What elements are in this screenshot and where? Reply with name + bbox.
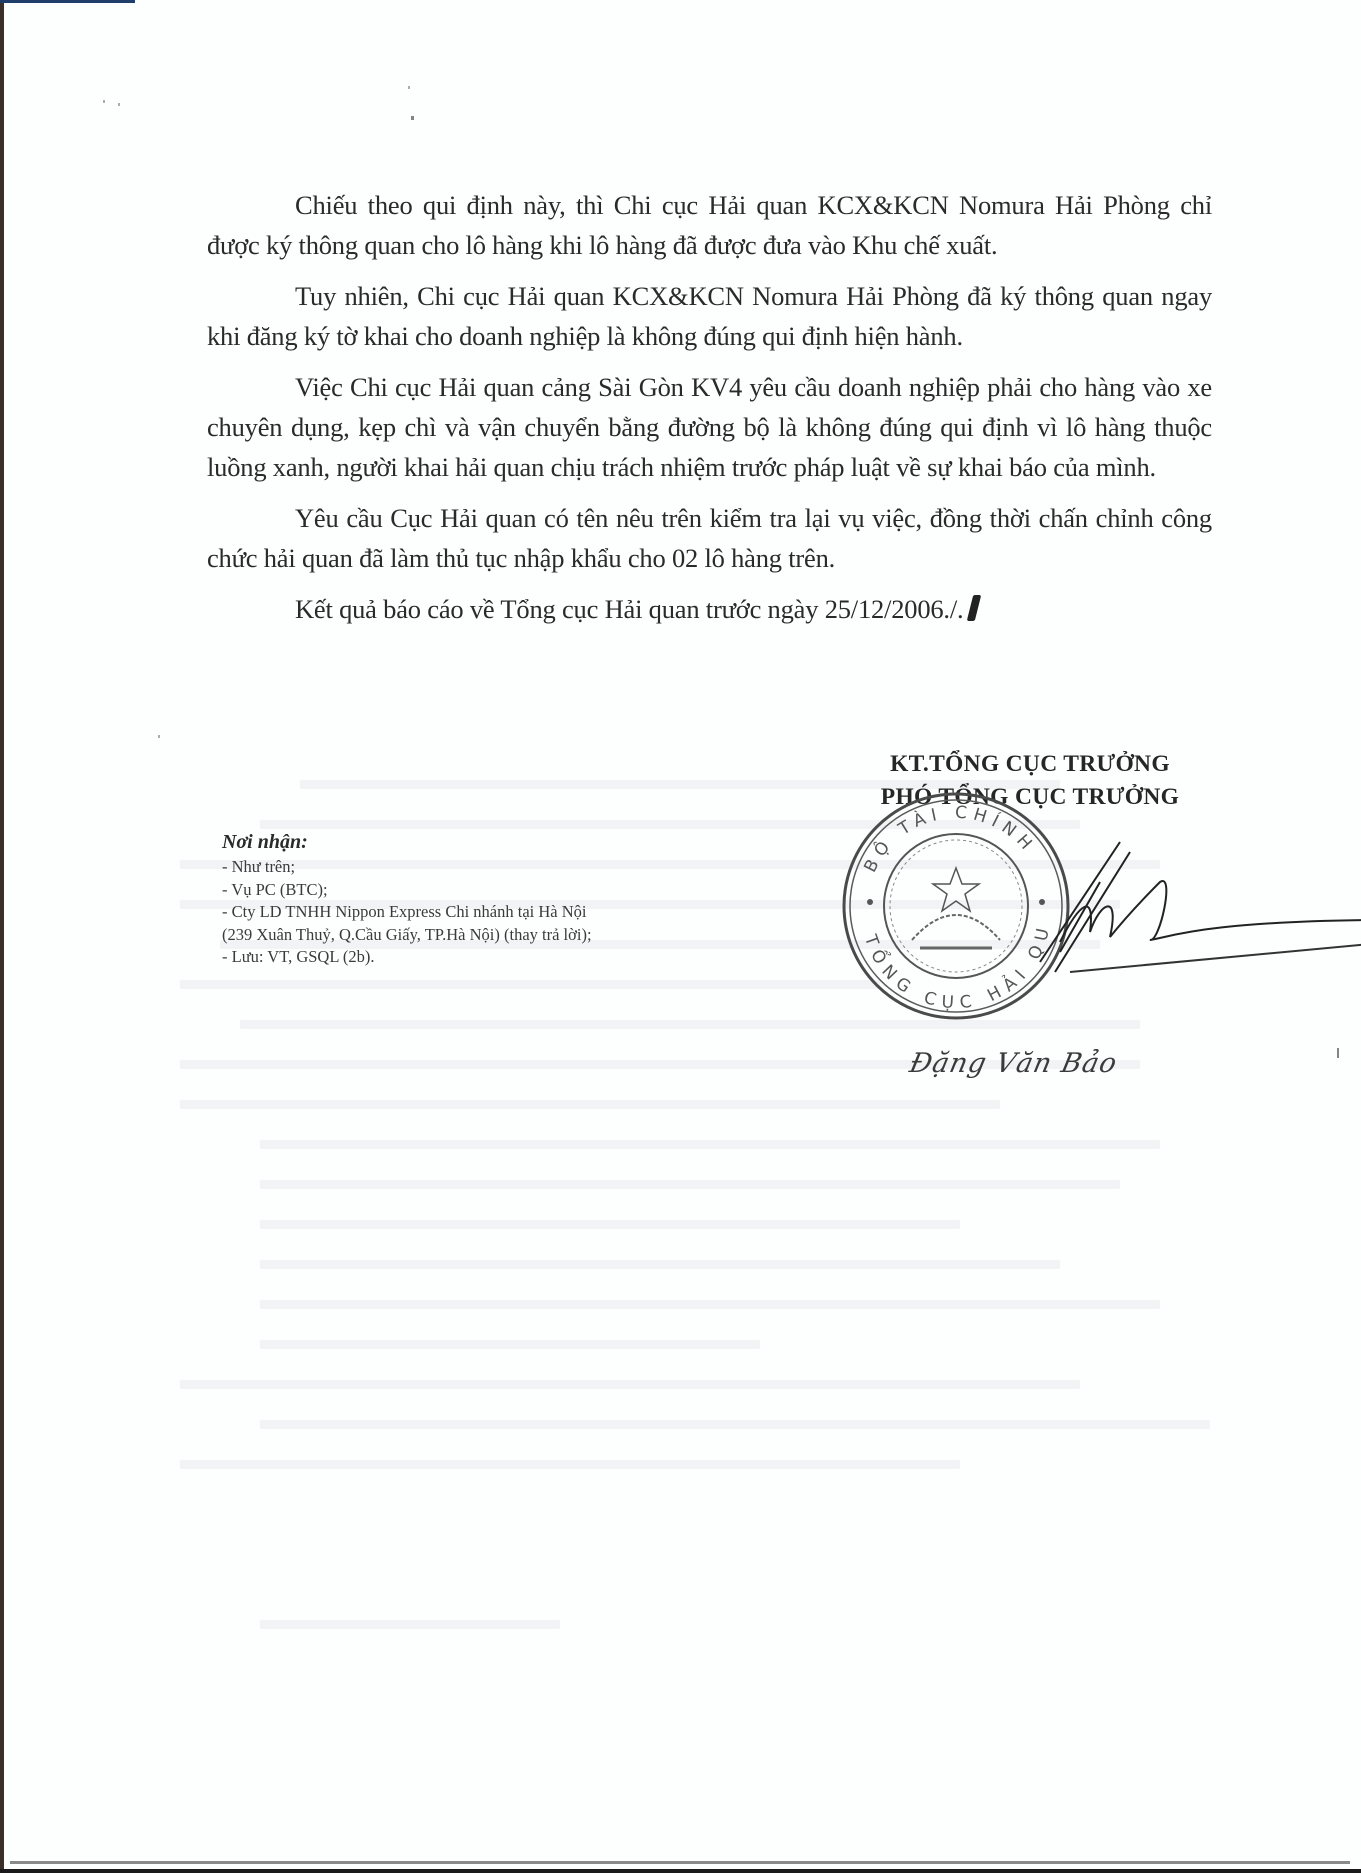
scan-edge-left (0, 0, 4, 1873)
scan-edge-bottom (10, 1861, 1350, 1864)
paragraph: Chiếu theo qui định này, thì Chi cục Hải… (207, 185, 1212, 265)
paragraph: Tuy nhiên, Chi cục Hải quan KCX&KCN Nomu… (207, 276, 1212, 356)
closing-text: Kết quả báo cáo về Tổng cục Hải quan trư… (295, 594, 963, 624)
signer-name: Đặng Văn Bảo (907, 1048, 1120, 1079)
signature-title-line1: KT.TỔNG CỤC TRƯỞNG (845, 748, 1215, 781)
recipient-item: - Vụ PC (BTC); (222, 879, 782, 902)
recipients-block: Nơi nhận: - Như trên; - Vụ PC (BTC); - C… (222, 828, 782, 969)
scan-speck (158, 735, 160, 738)
recipient-item: - Lưu: VT, GSQL (2b). (222, 946, 782, 969)
recipient-item: (239 Xuân Thuỷ, Q.Cầu Giấy, TP.Hà Nội) (… (222, 924, 782, 947)
paragraph: Yêu cầu Cục Hải quan có tên nêu trên kiể… (207, 498, 1212, 578)
recipient-item: - Cty LD TNHH Nippon Express Chi nhánh t… (222, 901, 782, 924)
initial-mark-icon (967, 595, 981, 621)
scan-speck (103, 100, 105, 103)
scan-edge-bottom-border (0, 1869, 1361, 1873)
scan-speck (411, 116, 414, 120)
scan-edge-top (0, 0, 135, 3)
handwritten-signature-icon (1000, 822, 1361, 992)
paragraph: Việc Chi cục Hải quan cảng Sài Gòn KV4 y… (207, 367, 1212, 487)
recipients-heading: Nơi nhận: (222, 828, 782, 856)
letter-body: Chiếu theo qui định này, thì Chi cục Hải… (207, 185, 1212, 640)
paragraph-closing: Kết quả báo cáo về Tổng cục Hải quan trư… (207, 589, 1212, 629)
scan-speck (1337, 1048, 1339, 1058)
scan-speck (118, 103, 120, 106)
scan-speck (408, 86, 410, 89)
recipient-item: - Như trên; (222, 856, 782, 879)
